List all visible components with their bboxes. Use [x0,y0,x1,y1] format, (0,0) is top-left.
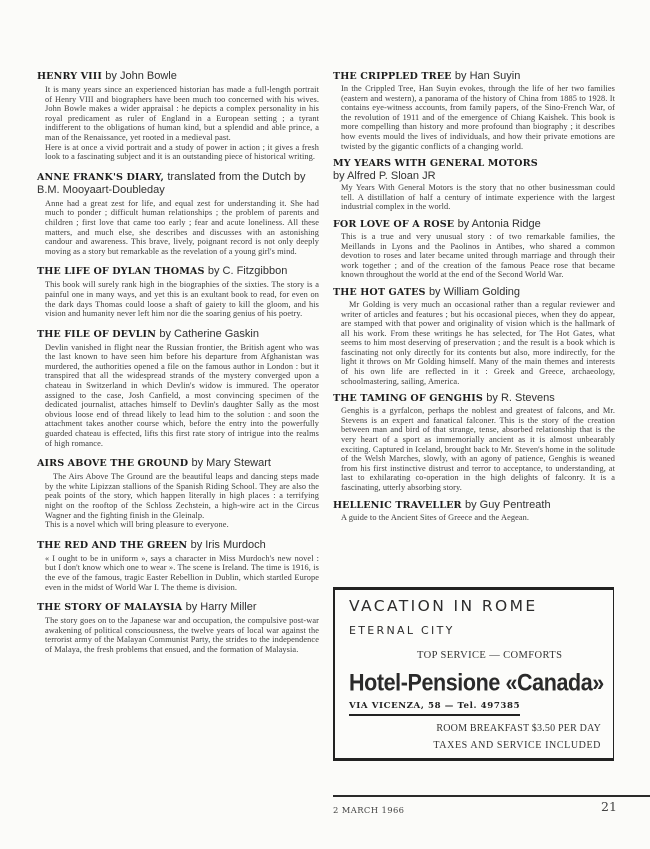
book-author: by Iris Murdoch [191,539,266,551]
review-body: Anne had a great zest for life, and equa… [45,199,319,257]
review-paragraph: It is many years since an experienced hi… [45,85,319,143]
book-review-airs-above-the-ground: AIRS ABOVE THE GROUND by Mary Stewart Th… [37,457,319,530]
review-heading: FOR LOVE OF A ROSE by Antonia Ridge [333,218,615,231]
review-body: The Airs Above The Ground are the beauti… [45,472,319,530]
book-author: by Guy Pentreath [465,499,551,511]
review-body: My Years With General Motors is the stor… [341,183,615,212]
review-paragraph: Here is at once a vivid portrait and a s… [45,143,319,162]
review-heading: AIRS ABOVE THE GROUND by Mary Stewart [37,457,319,470]
review-paragraph: This is a novel which will bring pleasur… [45,520,319,530]
book-title: THE LIFE OF DYLAN THOMAS [37,266,204,277]
book-title: AIRS ABOVE THE GROUND [37,458,188,469]
issue-date: 2 MARCH 1966 [333,805,404,815]
ad-rate: ROOM BREAKFAST $3.50 PER DAY [436,723,601,734]
book-author: by R. Stevens [486,392,554,404]
review-paragraph: Anne had a great zest for life, and equa… [45,199,319,257]
book-review-hellenic-traveller: HELLENIC TRAVELLER by Guy Pentreath A gu… [333,499,615,523]
review-paragraph: « I ought to be in uniform », says a cha… [45,554,319,592]
book-title: MY YEARS WITH GENERAL MOTORS [333,158,538,169]
book-author: by Catherine Gaskin [159,328,259,340]
review-heading: HENRY VIII by John Bowle [37,70,319,83]
review-body: A guide to the Ancient Sites of Greece a… [341,513,615,523]
book-review-dylan-thomas: THE LIFE OF DYLAN THOMAS by C. Fitzgibbo… [37,265,319,318]
review-heading: ANNE FRANK'S DIARY, translated from the … [37,171,319,196]
review-body: It is many years since an experienced hi… [45,85,319,162]
book-review-hot-gates: THE HOT GATES by William Golding Mr Gold… [333,286,615,386]
review-heading: THE HOT GATES by William Golding [333,286,615,299]
book-title: HELLENIC TRAVELLER [333,500,462,511]
book-review-file-of-devlin: THE FILE OF DEVLIN by Catherine Gaskin D… [37,328,319,449]
review-paragraph: The story goes on to the Japanese war an… [45,616,319,654]
review-paragraph: Mr Golding is very much an occasional ra… [341,300,615,386]
book-author: by Han Suyin [455,70,520,82]
right-column: THE CRIPPLED TREE by Han Suyin In the Cr… [333,70,615,528]
review-heading: THE STORY OF MALAYSIA by Harry Miller [37,601,319,614]
ad-headline: VACATION IN ROME [349,597,538,615]
page-number: 21 [601,799,617,814]
review-heading: HELLENIC TRAVELLER by Guy Pentreath [333,499,615,512]
review-paragraph: The Airs Above The Ground are the beauti… [45,472,319,520]
review-heading: MY YEARS WITH GENERAL MOTORS by Alfred P… [333,157,615,182]
review-heading: THE CRIPPLED TREE by Han Suyin [333,70,615,83]
book-title: ANNE FRANK'S DIARY, [37,172,164,183]
review-heading: THE LIFE OF DYLAN THOMAS by C. Fitzgibbo… [37,265,319,278]
review-body: Devlin vanished in flight near the Russi… [45,343,319,449]
book-title: THE CRIPPLED TREE [333,71,452,82]
book-author: by Harry Miller [186,601,257,613]
review-body: This book will surely rank high in the b… [45,280,319,318]
review-paragraph: This book will surely rank high in the b… [45,280,319,318]
review-heading: THE TAMING OF GENGHIS by R. Stevens [333,392,615,405]
book-review-crippled-tree: THE CRIPPLED TREE by Han Suyin In the Cr… [333,70,615,151]
review-paragraph: A guide to the Ancient Sites of Greece a… [341,513,615,523]
book-review-general-motors: MY YEARS WITH GENERAL MOTORS by Alfred P… [333,157,615,212]
review-body: Mr Golding is very much an occasional ra… [341,300,615,386]
review-paragraph: Genghis is a gyrfalcon, perhaps the nobl… [341,406,615,492]
book-author: by Antonia Ridge [458,218,541,230]
footer-divider [333,795,650,797]
hotel-advertisement: VACATION IN ROME ETERNAL CITY TOP SERVIC… [333,587,614,761]
review-body: The story goes on to the Japanese war an… [45,616,319,654]
book-author: by William Golding [429,286,520,298]
book-author: by Alfred P. Sloan JR [333,170,615,182]
book-title: FOR LOVE OF A ROSE [333,219,454,230]
book-title: THE HOT GATES [333,287,426,298]
book-title: THE TAMING OF GENGHIS [333,393,483,404]
book-title: HENRY VIII [37,71,102,82]
ad-note: TAXES AND SERVICE INCLUDED [433,740,601,751]
book-author: by John Bowle [105,70,177,82]
book-author: by Mary Stewart [192,457,271,469]
review-paragraph: Devlin vanished in flight near the Russi… [45,343,319,449]
ad-address: VIA VICENZA, 58 — Tel. 497385 [349,701,520,716]
review-body: « I ought to be in uniform », says a cha… [45,554,319,592]
book-review-henry-viii: HENRY VIII by John Bowle It is many year… [37,70,319,162]
book-review-story-of-malaysia: THE STORY OF MALAYSIA by Harry Miller Th… [37,601,319,654]
review-heading: THE FILE OF DEVLIN by Catherine Gaskin [37,328,319,341]
book-review-red-and-green: THE RED AND THE GREEN by Iris Murdoch « … [37,539,319,592]
book-review-taming-of-genghis: THE TAMING OF GENGHIS by R. Stevens Geng… [333,392,615,492]
review-body: In the Crippled Tree, Han Suyin evokes, … [341,84,615,151]
review-paragraph: In the Crippled Tree, Han Suyin evokes, … [341,84,615,151]
review-body: This is a true and very unusual story : … [341,232,615,280]
book-review-love-of-a-rose: FOR LOVE OF A ROSE by Antonia Ridge This… [333,218,615,280]
book-author: by C. Fitzgibbon [208,265,287,277]
left-column: HENRY VIII by John Bowle It is many year… [37,70,319,664]
book-review-anne-frank: ANNE FRANK'S DIARY, translated from the … [37,171,319,257]
ad-tagline: TOP SERVICE — COMFORTS [417,650,562,661]
review-heading: THE RED AND THE GREEN by Iris Murdoch [37,539,319,552]
review-paragraph: This is a true and very unusual story : … [341,232,615,280]
review-paragraph: My Years With General Motors is the stor… [341,183,615,212]
review-body: Genghis is a gyrfalcon, perhaps the nobl… [341,406,615,492]
book-title: THE RED AND THE GREEN [37,540,187,551]
ad-subheadline: ETERNAL CITY [349,624,455,637]
book-title: THE STORY OF MALAYSIA [37,602,182,613]
book-title: THE FILE OF DEVLIN [37,329,156,340]
ad-hotel-name: Hotel-Pensione «Canada» [349,669,604,697]
